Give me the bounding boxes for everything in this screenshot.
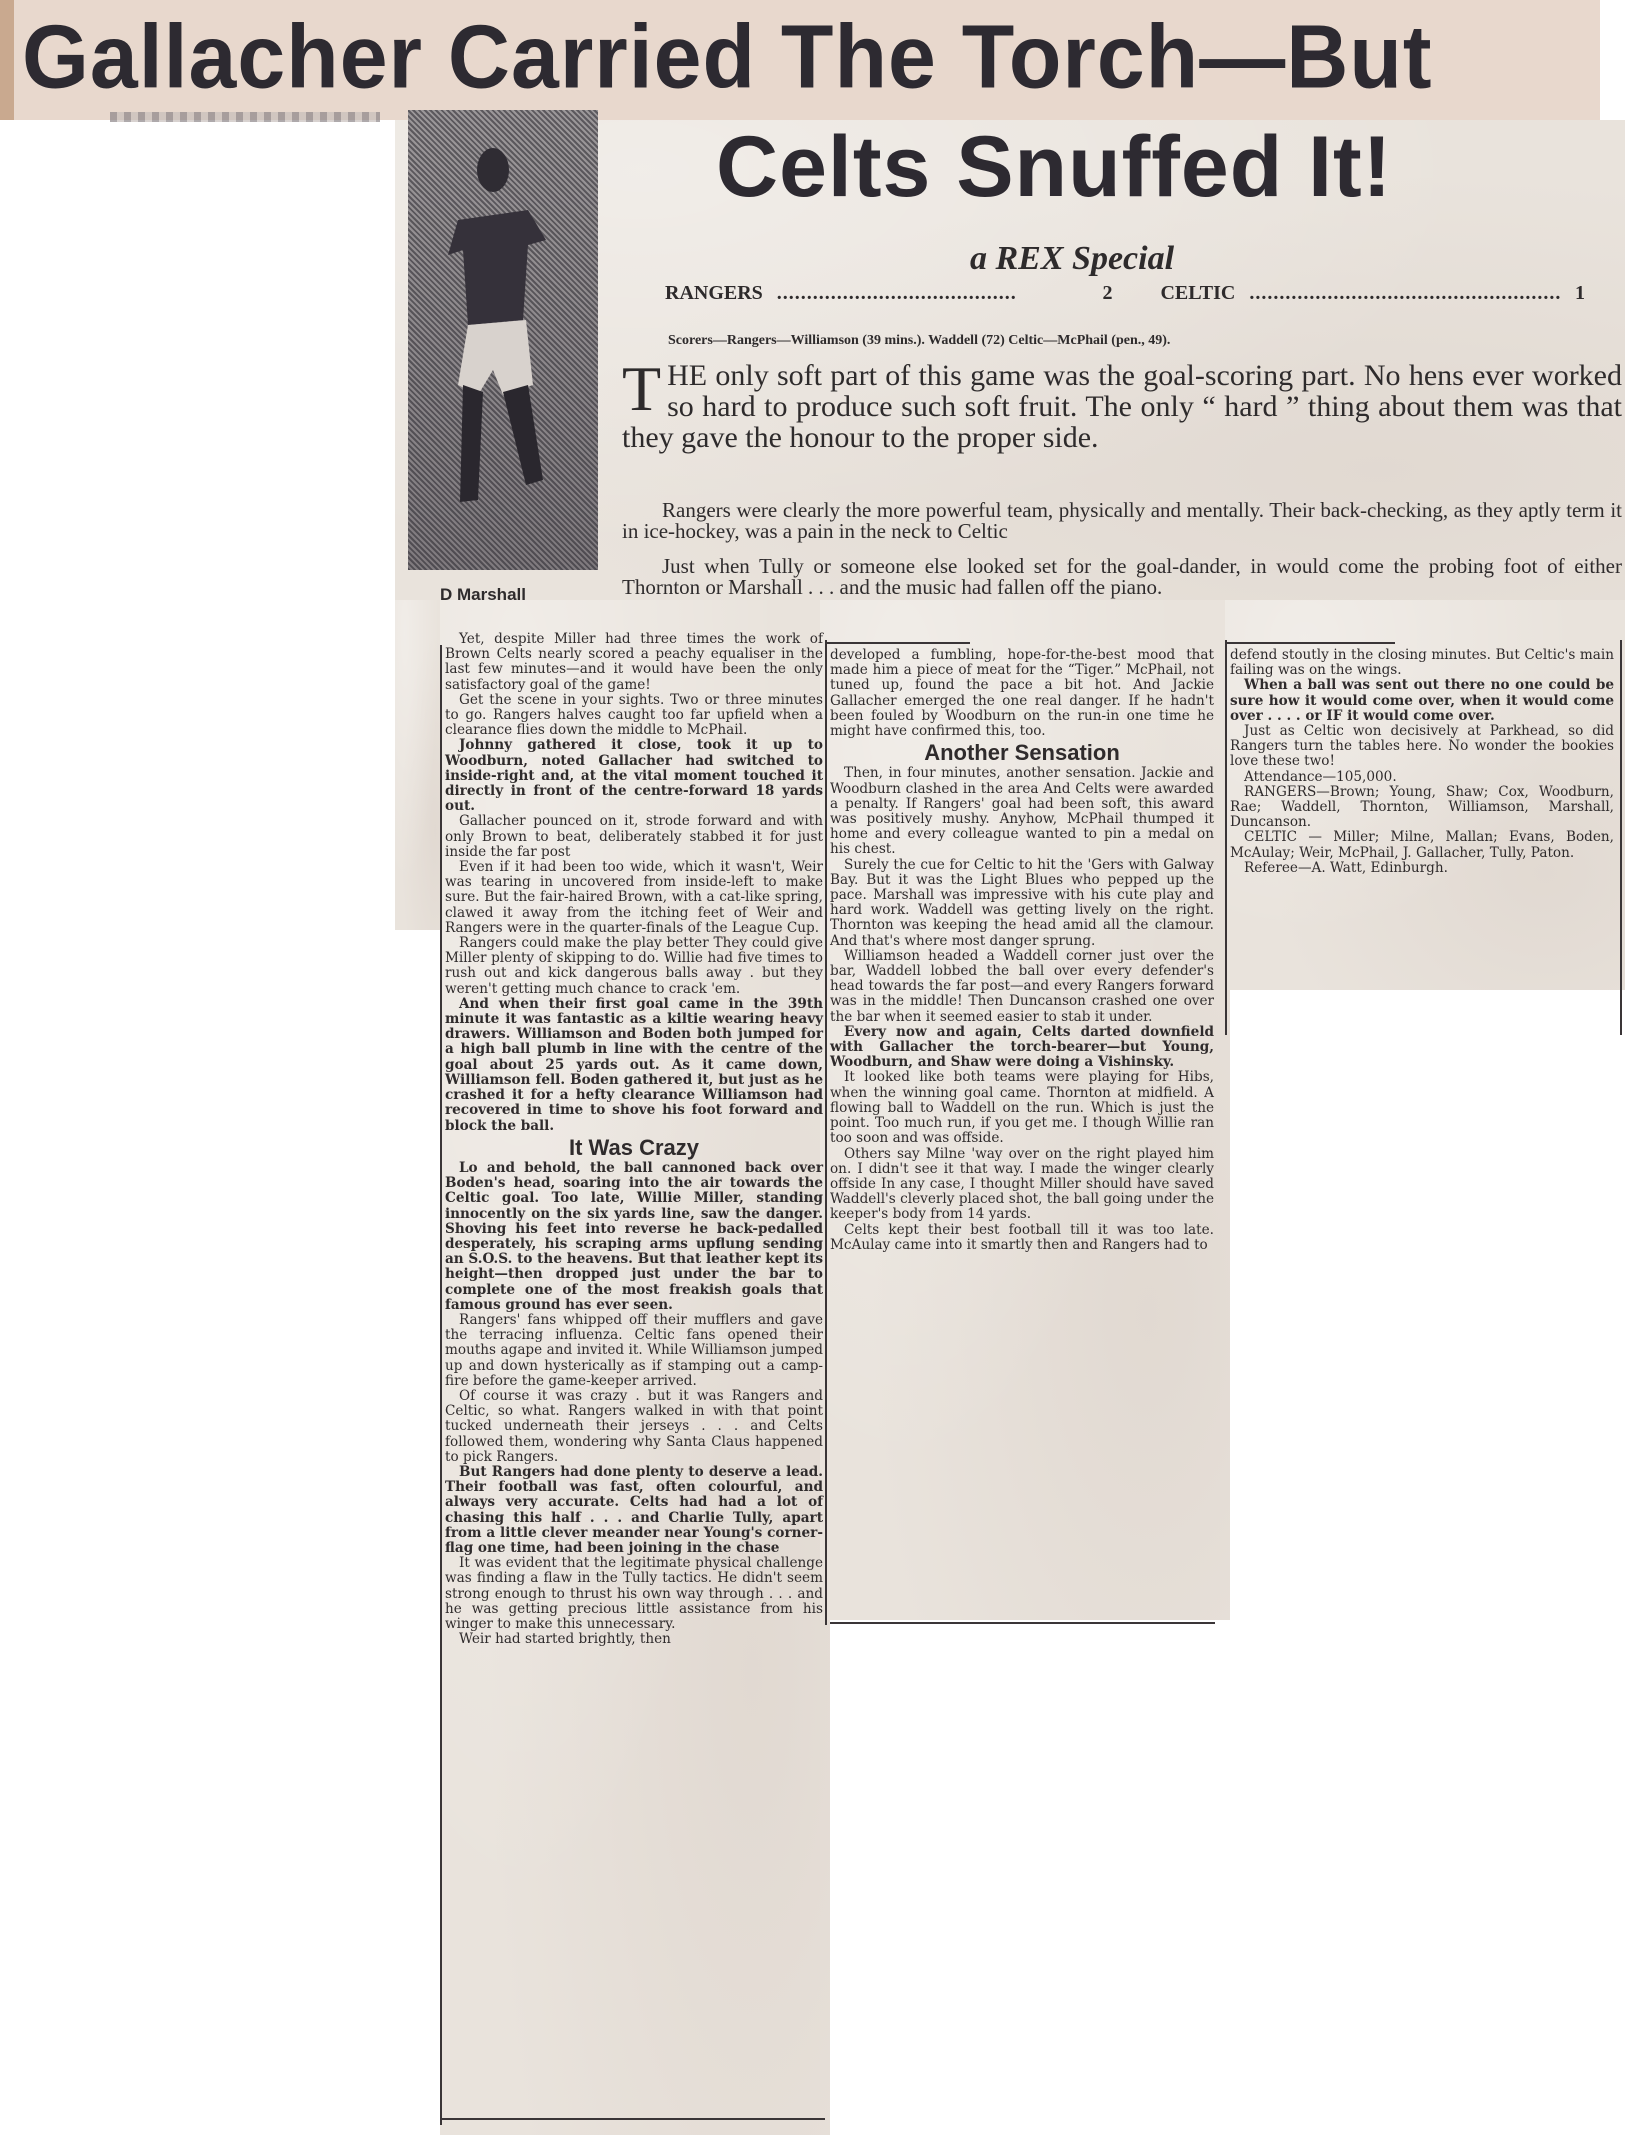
subheading: It Was Crazy [445, 1140, 823, 1155]
lead-paragraphs: Rangers were clearly the more powerful t… [622, 500, 1622, 612]
wavy-rule [110, 112, 380, 122]
article-paragraph: Just as Celtic won decisively at Parkhea… [1230, 724, 1614, 770]
article-paragraph: Attendance—105,000. [1230, 770, 1614, 785]
article-paragraph: Rangers' fans whipped off their mufflers… [445, 1313, 823, 1389]
column-rule [440, 645, 442, 2125]
scoreline: RANGERS ................................… [665, 282, 1585, 305]
article-paragraph: RANGERS—Brown; Young, Shaw; Cox, Woodbur… [1230, 785, 1614, 831]
article-paragraph: It was evident that the legitimate physi… [445, 1556, 823, 1632]
article-paragraph: Surely the cue for Celtic to hit the 'Ge… [830, 858, 1214, 949]
article-paragraph: Celts kept their best football till it w… [830, 1223, 1214, 1253]
away-score: 1 [1575, 282, 1585, 305]
home-team: RANGERS [665, 282, 763, 305]
column-rule [825, 640, 827, 1625]
column-rule [825, 642, 970, 644]
away-dots: ........................................… [1249, 282, 1561, 305]
article-paragraph: CELTIC — Miller; Milne, Mallan; Evans, B… [1230, 830, 1614, 860]
article-paragraph: But Rangers had done plenty to deserve a… [445, 1465, 823, 1556]
footballer-photo [408, 110, 598, 570]
drop-cap: T [622, 360, 661, 418]
intro-text: HE only soft part of this game was the g… [622, 359, 1622, 454]
column-rule [1225, 640, 1227, 1035]
byline: a REX Special [970, 240, 1174, 278]
photo-caption: D Marshall [440, 585, 526, 605]
home-score: 2 [1102, 282, 1112, 305]
article-paragraph: When a ball was sent out there no one co… [1230, 678, 1614, 724]
column-rule [1225, 642, 1395, 644]
article-paragraph: Every now and again, Celts darted downfi… [830, 1025, 1214, 1071]
article-paragraph: Get the scene in your sights. Two or thr… [445, 693, 823, 739]
lead-paragraph: Rangers were clearly the more powerful t… [622, 500, 1622, 542]
article-column-1: Yet, despite Miller had three times the … [445, 632, 823, 1647]
article-paragraph: Then, in four minutes, another sensation… [830, 766, 1214, 857]
article-paragraph: Others say Milne 'way over on the right … [830, 1147, 1214, 1223]
article-paragraph: Of course it was crazy . but it was Rang… [445, 1389, 823, 1465]
article-paragraph: Referee—A. Watt, Edinburgh. [1230, 861, 1614, 876]
article-paragraph: Rangers could make the play better They … [445, 936, 823, 997]
article-column-2: developed a fumbling, hope-for-the-best … [830, 648, 1214, 1253]
intro-paragraph: T HE only soft part of this game was the… [622, 360, 1622, 453]
article-paragraph: Yet, despite Miller had three times the … [445, 632, 823, 693]
article-paragraph: It looked like both teams were playing f… [830, 1070, 1214, 1146]
column-rule [1620, 640, 1622, 1035]
paper-clipping-stub [395, 600, 445, 930]
home-dots: ........................................ [777, 282, 1089, 305]
subheading: Another Sensation [830, 745, 1214, 760]
article-paragraph: Gallacher pounced on it, strode forward … [445, 814, 823, 860]
headline-line-1: Gallacher Carried The Torch—But [22, 6, 1433, 110]
article-paragraph: And when their first goal came in the 39… [445, 997, 823, 1134]
article-paragraph: defend stoutly in the closing minutes. B… [1230, 648, 1614, 678]
article-paragraph: developed a fumbling, hope-for-the-best … [830, 648, 1214, 739]
footballer-silhouette-icon [448, 130, 548, 550]
column-rule [830, 1622, 1215, 1624]
article-paragraph: Johnny gathered it close, took it up to … [445, 738, 823, 814]
article-column-3: defend stoutly in the closing minutes. B… [1230, 648, 1614, 876]
column-rule [440, 2118, 825, 2120]
headline-line-2: Celts Snuffed It! [716, 118, 1392, 217]
article-paragraph: Williamson headed a Waddell corner just … [830, 949, 1214, 1025]
paper-fold-edge [0, 0, 14, 120]
lead-paragraph: Just when Tully or someone else looked s… [622, 556, 1622, 598]
scorers-line: Scorers—Rangers—Williamson (39 mins.). W… [668, 333, 1170, 349]
article-paragraph: Lo and behold, the ball cannoned back ov… [445, 1161, 823, 1313]
article-paragraph: Even if it had been too wide, which it w… [445, 860, 823, 936]
article-paragraph: Weir had started brightly, then [445, 1632, 823, 1647]
away-team: CELTIC [1160, 282, 1235, 305]
